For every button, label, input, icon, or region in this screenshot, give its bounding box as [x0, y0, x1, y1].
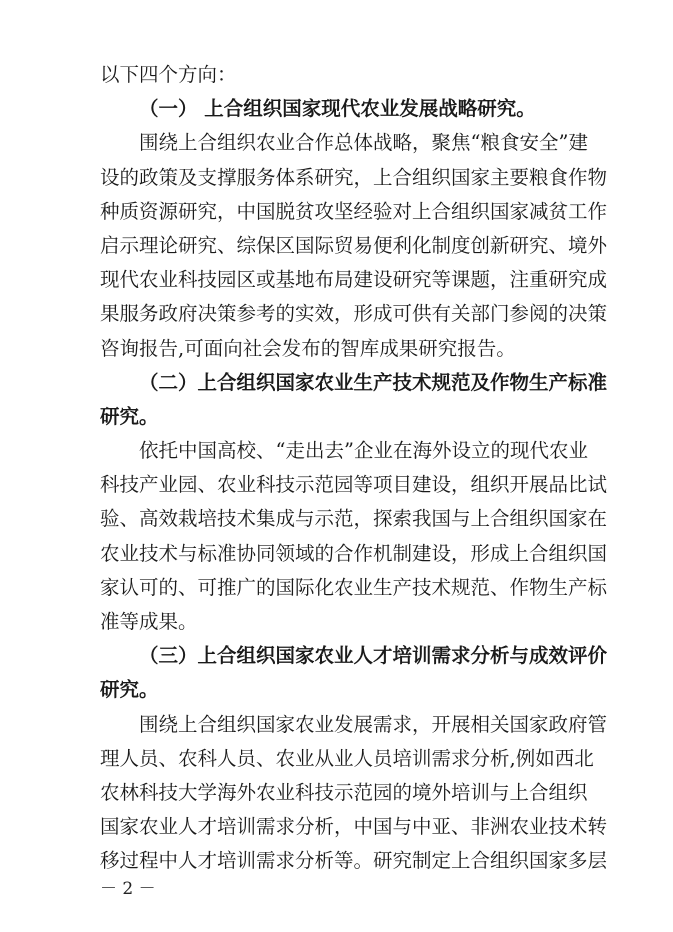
section-3-body-line: 农林科技大学海外农业科技示范园的境外培训与上合组织	[100, 776, 574, 810]
section-3-body-line: 围绕上合组织国家农业发展需求，开展相关国家政府管	[100, 708, 574, 742]
section-2-body-line: 科技产业园、农业科技示范园等项目建设，组织开展品比试	[100, 468, 574, 502]
section-3-body-line: 理人员、农科人员、农业从业人员培训需求分析,例如西北	[100, 742, 574, 776]
section-1-body-line: 现代农业科技园区或基地布局建设研究等课题，注重研究成	[100, 263, 574, 297]
section-2-body-line: 依托中国高校、“走出去”企业在海外设立的现代农业	[100, 434, 574, 468]
section-2-body-line: 验、高效栽培技术集成与示范，探索我国与上合组织国家在	[100, 502, 574, 536]
section-3: （三）上合组织国家农业人才培训需求分析与成效评价 研究。 围绕上合组织国家农业发…	[100, 639, 574, 878]
section-2: （二）上合组织国家农业生产技术规范及作物生产标准 研究。 依托中国高校、“走出去…	[100, 366, 574, 640]
document-page: 以下四个方向： （一） 上合组织国家现代农业发展战略研究。 围绕上合组织农业合作…	[100, 58, 574, 879]
section-3-body-line: 移过程中人才培训需求分析等。研究制定上合组织国家多层	[100, 844, 574, 878]
section-1-heading: （一） 上合组织国家现代农业发展战略研究。	[100, 92, 574, 126]
section-1: （一） 上合组织国家现代农业发展战略研究。 围绕上合组织农业合作总体战略，聚焦“…	[100, 92, 574, 366]
section-2-body-line: 农业技术与标准协同领域的合作机制建设，形成上合组织国	[100, 537, 574, 571]
intro-line: 以下四个方向：	[100, 58, 574, 92]
section-2-heading-cont: 研究。	[100, 400, 574, 434]
section-2-heading: （二）上合组织国家农业生产技术规范及作物生产标准	[100, 366, 574, 400]
section-1-body-line: 围绕上合组织农业合作总体战略，聚焦“粮食安全”建	[100, 126, 574, 160]
section-1-body-line: 种质资源研究，中国脱贫攻坚经验对上合组织国家减贫工作	[100, 195, 574, 229]
section-3-heading-cont: 研究。	[100, 673, 574, 707]
section-3-body-line: 国家农业人才培训需求分析，中国与中亚、非洲农业技术转	[100, 810, 574, 844]
section-1-body-line: 设的政策及支撑服务体系研究，上合组织国家主要粮食作物	[100, 161, 574, 195]
section-1-body-line: 果服务政府决策参考的实效，形成可供有关部门参阅的决策	[100, 297, 574, 331]
section-1-body-line: 启示理论研究、综保区国际贸易便利化制度创新研究、境外	[100, 229, 574, 263]
section-1-body-line: 咨询报告,可面向社会发布的智库成果研究报告。	[100, 332, 574, 366]
section-3-heading: （三）上合组织国家农业人才培训需求分析与成效评价	[100, 639, 574, 673]
page-number: － 2 －	[100, 874, 156, 899]
section-2-body-line: 准等成果。	[100, 605, 574, 639]
section-2-body-line: 家认可的、可推广的国际化农业生产技术规范、作物生产标	[100, 571, 574, 605]
